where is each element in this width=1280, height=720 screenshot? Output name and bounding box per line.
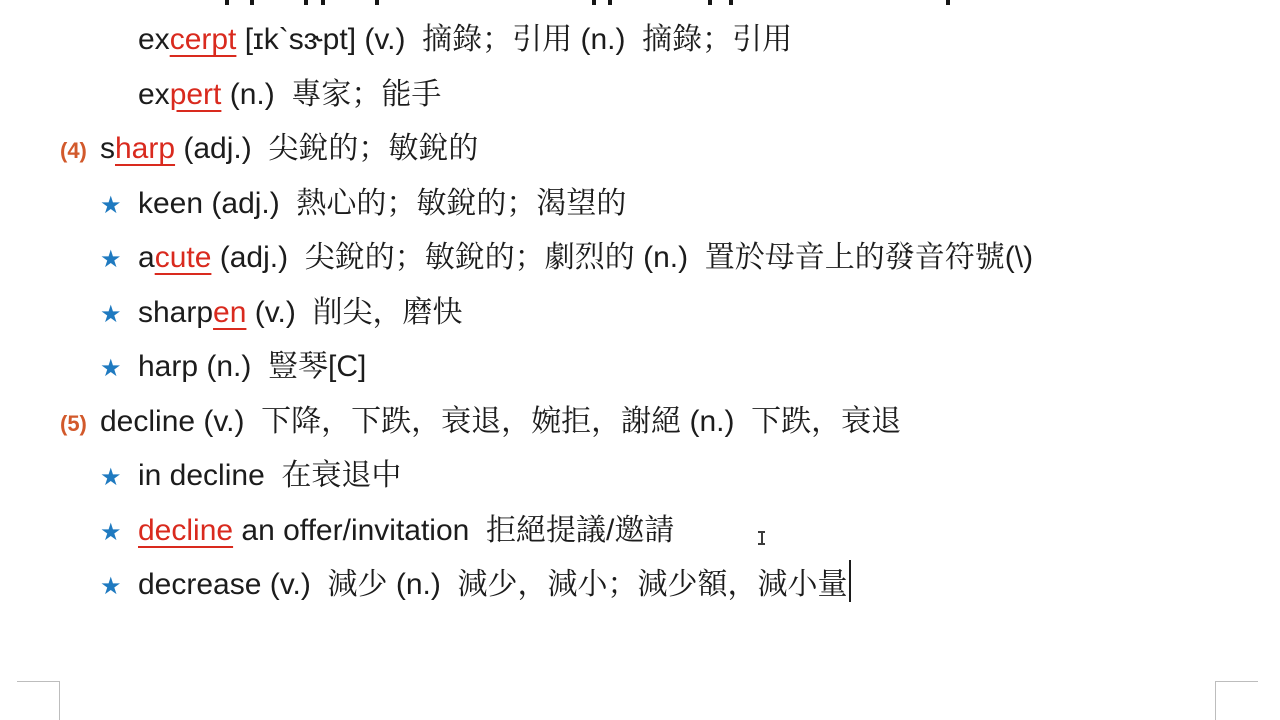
clipped-glyph-fragment bbox=[708, 0, 712, 5]
vocab-line[interactable]: expert (n.) 專家；能手 bbox=[0, 68, 1280, 123]
star-bullet-icon: ★ bbox=[100, 179, 138, 234]
vocab-line[interactable]: ★acute (adj.) 尖銳的；敏銳的；劇烈的 (n.) 置於母音上的發音符… bbox=[0, 231, 1280, 286]
clipped-top-line bbox=[0, 0, 1280, 10]
vocab-line[interactable]: ★sharpen (v.) 削尖，磨快 bbox=[0, 286, 1280, 341]
vocab-line[interactable]: (4)sharp (adj.) 尖銳的；敏銳的 bbox=[0, 122, 1280, 177]
text-segment: an offer/invitation 拒絕提議/邀請 bbox=[233, 514, 674, 547]
text-segment: keen (adj.) 熱心的；敏銳的；渴望的 bbox=[138, 187, 626, 220]
text-segment: (v.) 削尖，磨快 bbox=[246, 296, 462, 329]
star-bullet-icon: ★ bbox=[100, 451, 138, 506]
clipped-glyph-fragment bbox=[729, 0, 733, 5]
highlighted-word-part: cute bbox=[155, 241, 212, 274]
ibeam-cursor bbox=[757, 531, 766, 545]
highlighted-word-part: cerpt bbox=[170, 23, 237, 56]
text-segment: ex bbox=[138, 23, 170, 56]
text-segment: in decline 在衰退中 bbox=[138, 459, 401, 492]
clipped-glyph-fragment bbox=[946, 0, 950, 5]
clipped-glyph-fragment bbox=[225, 0, 229, 5]
vocab-lines[interactable]: excerpt [ɪk`sɝpt] (v.) 摘錄；引用 (n.) 摘錄；引用e… bbox=[0, 13, 1280, 613]
vocab-line[interactable]: ★keen (adj.) 熱心的；敏銳的；渴望的 bbox=[0, 177, 1280, 232]
screen: { "colors": { "text": "#1c1c1c", "red_hi… bbox=[0, 0, 1280, 720]
clipped-glyph-fragment bbox=[304, 0, 308, 5]
clipped-glyph-fragment bbox=[592, 0, 596, 5]
margin-mark-vertical bbox=[59, 681, 60, 720]
star-bullet-icon: ★ bbox=[100, 342, 138, 397]
vocab-line[interactable]: excerpt [ɪk`sɝpt] (v.) 摘錄；引用 (n.) 摘錄；引用 bbox=[0, 13, 1280, 68]
item-number: (4) bbox=[60, 124, 100, 179]
vocab-line[interactable]: (5)decline (v.) 下降，下跌，衰退，婉拒，謝絕 (n.) 下跌，衰… bbox=[0, 395, 1280, 450]
star-bullet-icon: ★ bbox=[100, 506, 138, 561]
text-segment: s bbox=[100, 132, 115, 165]
text-segment: (adj.) 尖銳的；敏銳的 bbox=[175, 132, 478, 165]
text-segment: [ɪk`sɝpt] (v.) 摘錄；引用 (n.) 摘錄；引用 bbox=[236, 23, 792, 56]
item-number: (5) bbox=[60, 397, 100, 452]
vocab-line[interactable]: ★decrease (v.) 減少 (n.) 減少，減小；減少額，減小量 bbox=[0, 558, 1280, 613]
clipped-glyph-fragment bbox=[375, 0, 379, 5]
highlighted-word-part: pert bbox=[170, 78, 222, 111]
vocab-line[interactable]: ★harp (n.) 豎琴[C] bbox=[0, 340, 1280, 395]
text-segment: (n.) 專家；能手 bbox=[221, 78, 441, 111]
document-page[interactable]: excerpt [ɪk`sɝpt] (v.) 摘錄；引用 (n.) 摘錄；引用e… bbox=[0, 0, 1280, 720]
star-bullet-icon: ★ bbox=[100, 233, 138, 288]
clipped-glyph-fragment bbox=[321, 0, 325, 5]
highlighted-word-part: en bbox=[213, 296, 246, 329]
text-segment: (adj.) 尖銳的；敏銳的；劇烈的 (n.) 置於母音上的發音符號(\) bbox=[211, 241, 1033, 274]
margin-mark-horizontal bbox=[1215, 681, 1258, 682]
text-segment: ex bbox=[138, 78, 170, 111]
vocab-line[interactable]: ★in decline 在衰退中 bbox=[0, 449, 1280, 504]
margin-mark-horizontal bbox=[17, 681, 60, 682]
ibeam-bottom-serif bbox=[758, 543, 765, 545]
text-insertion-caret bbox=[849, 560, 851, 602]
text-segment: sharp bbox=[138, 296, 213, 329]
highlighted-word-part: decline bbox=[138, 514, 233, 547]
clipped-glyph-fragment bbox=[608, 0, 612, 5]
text-segment: a bbox=[138, 241, 155, 274]
highlighted-word-part: harp bbox=[115, 132, 175, 165]
text-segment: harp (n.) 豎琴[C] bbox=[138, 350, 366, 383]
margin-mark-vertical bbox=[1215, 681, 1216, 720]
clipped-glyph-fragment bbox=[250, 0, 254, 5]
star-bullet-icon: ★ bbox=[100, 288, 138, 343]
text-segment: decrease (v.) 減少 (n.) 減少，減小；減少額，減小量 bbox=[138, 568, 848, 601]
vocab-line[interactable]: ★decline an offer/invitation 拒絕提議/邀請 bbox=[0, 504, 1280, 559]
text-segment: decline (v.) 下降，下跌，衰退，婉拒，謝絕 (n.) 下跌，衰退 bbox=[100, 405, 901, 438]
star-bullet-icon: ★ bbox=[100, 560, 138, 615]
